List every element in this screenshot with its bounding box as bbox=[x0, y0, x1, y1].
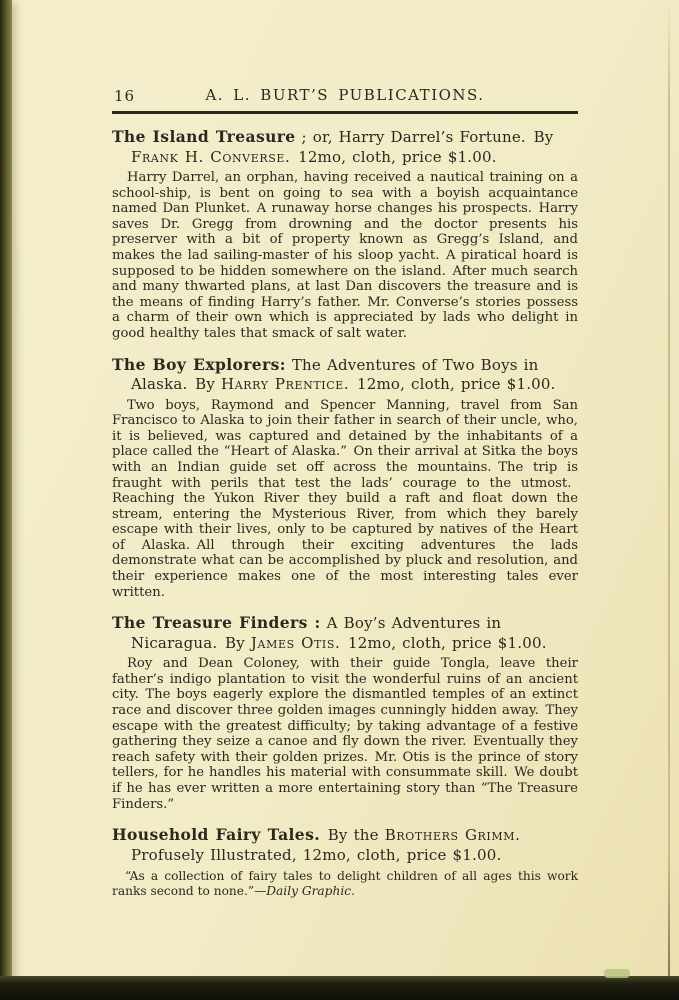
book-description: Two boys, Raymond and Spencer Manning, t… bbox=[112, 398, 578, 601]
catalog-entry: Household Fairy Tales. By the Brothers G… bbox=[112, 825, 578, 899]
header-rule bbox=[112, 111, 578, 114]
running-title: A. L. BURT’S PUBLICATIONS. bbox=[112, 86, 578, 104]
book-subtitle: ; or, Harry Darrel’s Fortune. By bbox=[296, 128, 554, 146]
book-description: Harry Darrel, an orphan, having received… bbox=[112, 170, 578, 342]
book-author: Frank H. Converse. bbox=[131, 148, 290, 166]
scanned-book-page: 16 A. L. BURT’S PUBLICATIONS. The Island… bbox=[0, 0, 679, 1000]
page-header: 16 A. L. BURT’S PUBLICATIONS. bbox=[112, 86, 578, 106]
book-author: Brothers Grimm. bbox=[385, 826, 521, 844]
book-heading: Household Fairy Tales. By the Brothers G… bbox=[112, 825, 578, 865]
book-subtitle: By the bbox=[320, 826, 385, 844]
book-bottom-edge bbox=[0, 976, 679, 1000]
review-quote-source: Daily Graphic. bbox=[266, 884, 355, 898]
book-author: James Otis. bbox=[251, 634, 340, 652]
page-edge-line bbox=[668, 0, 670, 976]
book-title: The Boy Explorers: bbox=[112, 355, 286, 374]
catalog-entry: The Island Treasure ; or, Harry Darrel’s… bbox=[112, 127, 578, 342]
book-heading: The Treasure Finders : A Boy’s Adventure… bbox=[112, 613, 578, 653]
book-title: The Island Treasure bbox=[112, 127, 296, 146]
book-details: 12mo, cloth, price $1.00. bbox=[340, 634, 546, 652]
book-details: 12mo, cloth, price $1.00. bbox=[349, 375, 555, 393]
book-author: Harry Prentice. bbox=[221, 375, 349, 393]
page-content: 16 A. L. BURT’S PUBLICATIONS. The Island… bbox=[112, 86, 578, 899]
book-title: The Treasure Finders : bbox=[112, 613, 321, 632]
book-heading: The Island Treasure ; or, Harry Darrel’s… bbox=[112, 127, 578, 167]
catalog-entry: The Treasure Finders : A Boy’s Adventure… bbox=[112, 613, 578, 812]
book-details: 12mo, cloth, price $1.00. bbox=[290, 148, 496, 166]
review-quote: “As a collection of fairy tales to delig… bbox=[112, 869, 578, 899]
catalog-entry: The Boy Explorers: The Adventures of Two… bbox=[112, 355, 578, 601]
page-number: 16 bbox=[114, 87, 135, 105]
book-title: Household Fairy Tales. bbox=[112, 825, 320, 844]
book-binding-edge bbox=[0, 0, 12, 1000]
book-heading: The Boy Explorers: The Adventures of Two… bbox=[112, 355, 578, 395]
book-description: Roy and Dean Coloney, with their guide T… bbox=[112, 656, 578, 812]
smudge-mark bbox=[604, 969, 630, 978]
